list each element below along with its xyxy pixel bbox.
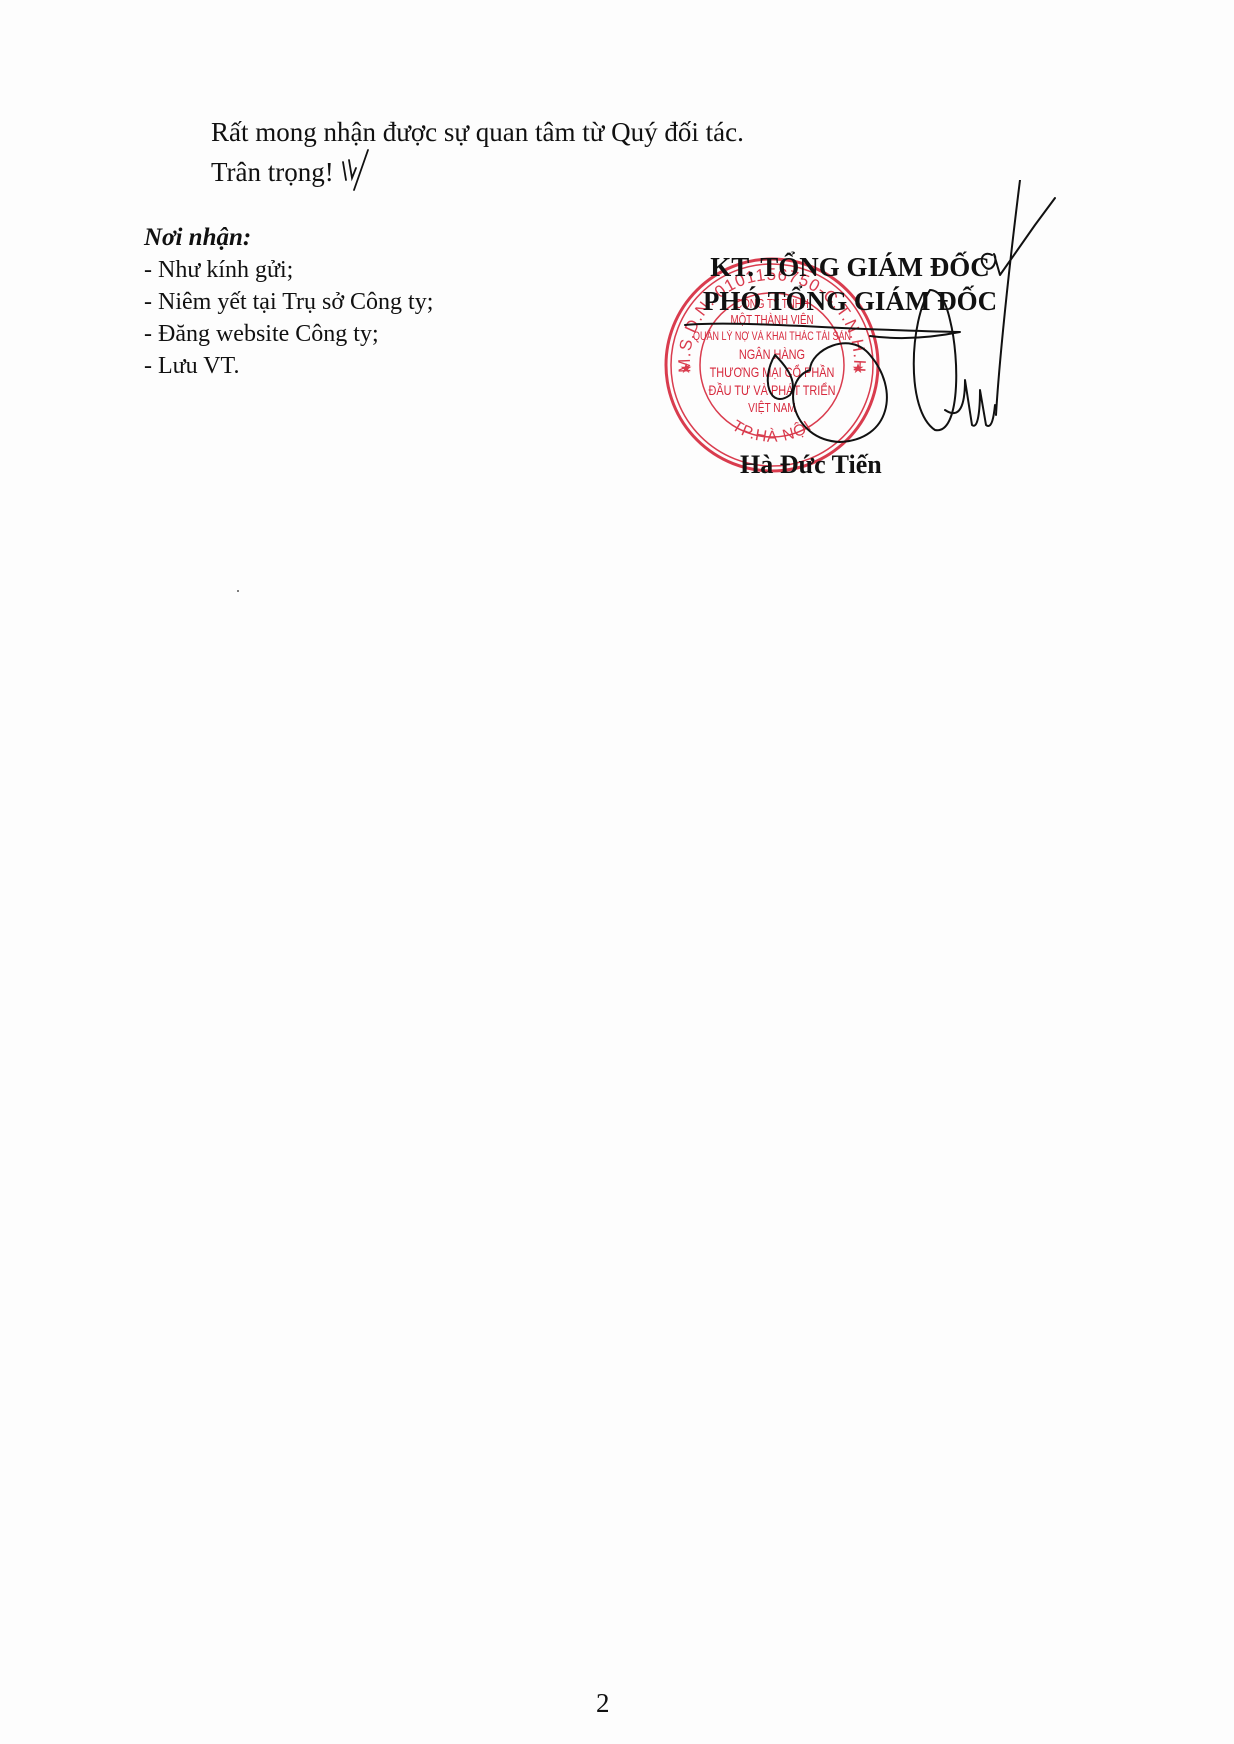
stamp-line: NGÂN HÀNG: [686, 347, 858, 361]
initial-mark-icon: [340, 148, 370, 192]
signature-block: KT. TỔNG GIÁM ĐỐC PHÓ TỔNG GIÁM ĐỐC: [680, 250, 1020, 318]
stamp-line: VIỆT NAM: [686, 401, 858, 415]
stamp-line: ĐẦU TƯ VÀ PHÁT TRIỂN: [686, 383, 858, 397]
recipients-heading: Nơi nhận:: [144, 222, 433, 254]
signer-title-line1: KT. TỔNG GIÁM ĐỐC: [680, 250, 1020, 284]
stamp-line: THƯƠNG MẠI CỔ PHẦN: [686, 365, 858, 379]
recipient-item: - Lưu VT.: [144, 350, 433, 382]
document-page: Rất mong nhận được sự quan tâm từ Quý đố…: [0, 0, 1234, 1744]
stamp-line: QUẢN LÝ NỢ VÀ KHAI THÁC TÀI SẢN: [686, 330, 858, 344]
recipient-item: - Đăng website Công ty;: [144, 318, 433, 350]
signer-title-line2: PHÓ TỔNG GIÁM ĐỐC: [680, 284, 1020, 318]
closing-text: Rất mong nhận được sự quan tâm từ Quý đố…: [211, 112, 744, 192]
recipient-item: - Niêm yết tại Trụ sở Công ty;: [144, 286, 433, 318]
recipient-item: - Như kính gửi;: [144, 254, 433, 286]
closing-line-request: Rất mong nhận được sự quan tâm từ Quý đố…: [211, 112, 744, 152]
scan-speck: [237, 590, 239, 592]
page-number: 2: [596, 1688, 610, 1719]
recipients-section: Nơi nhận: - Như kính gửi; - Niêm yết tại…: [144, 222, 433, 382]
signer-name: Hà Đức Tiến: [740, 450, 882, 480]
closing-line-regards: Trân trọng!: [211, 152, 744, 192]
